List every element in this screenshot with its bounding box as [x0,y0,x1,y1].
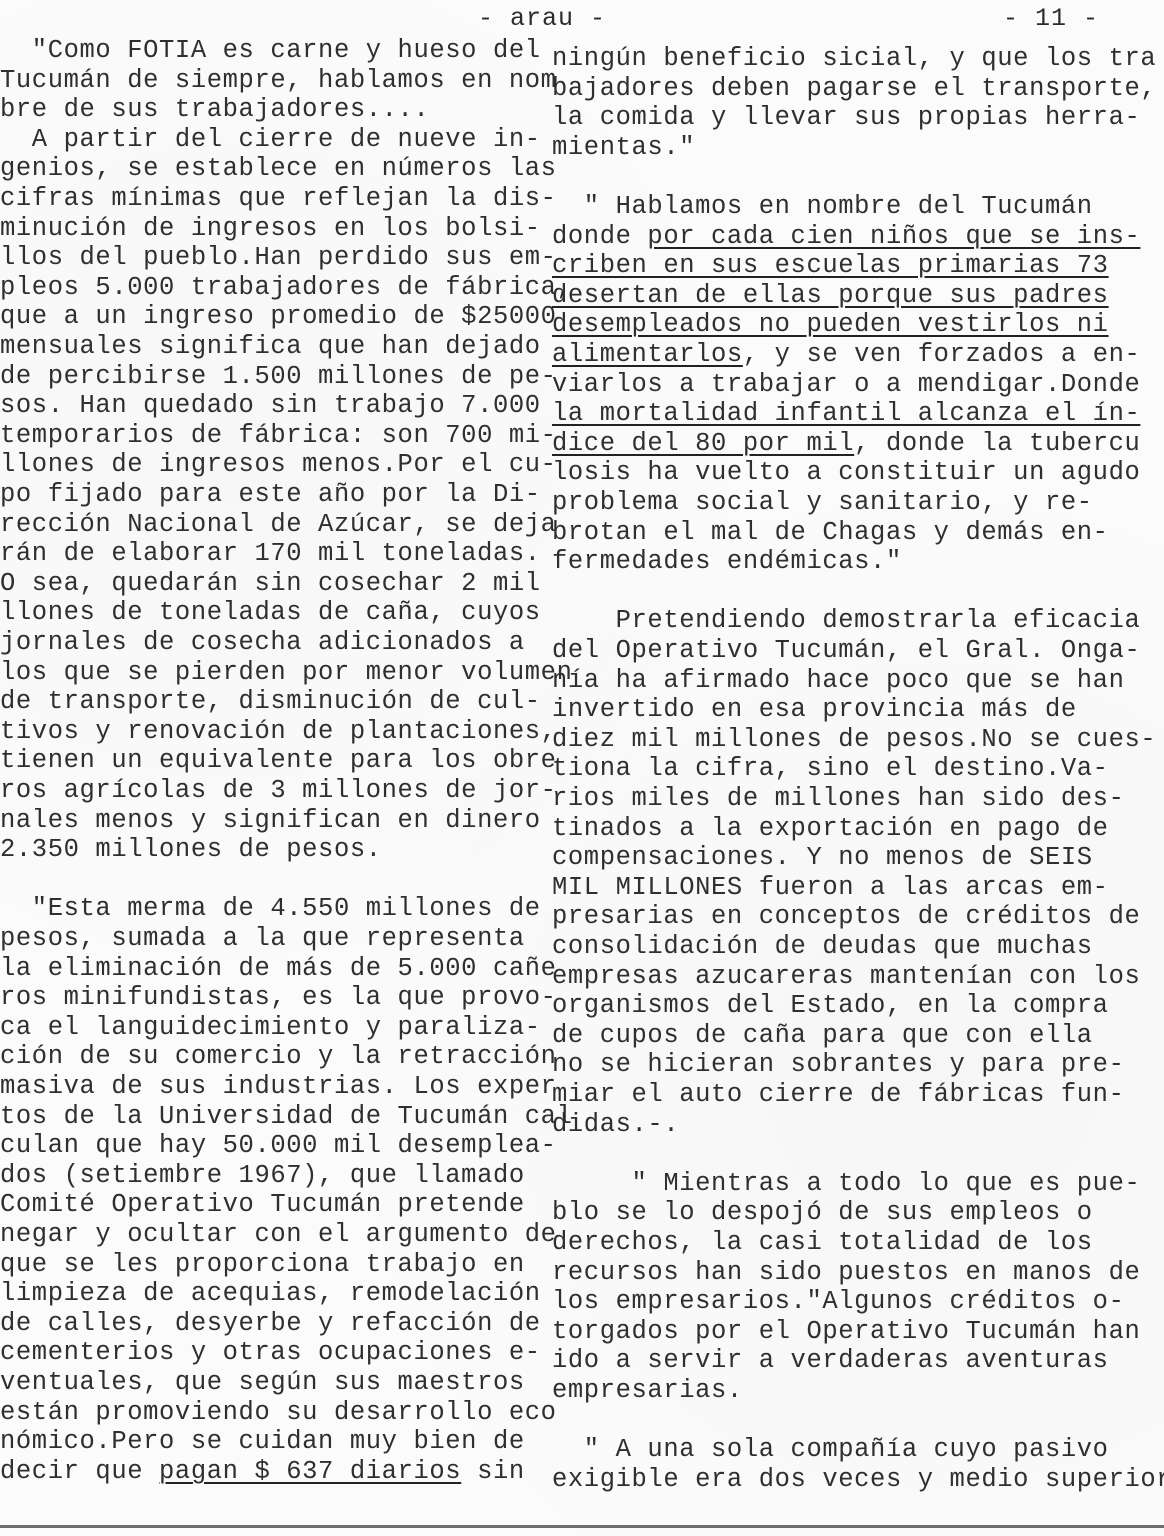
text-line: ningún beneficio sicial, y que los tra [552,44,1156,74]
text-line: dos (setiembre 1967), que llamado [0,1161,525,1191]
text-line: llones de ingresos menos.Por el cu- [0,450,557,480]
text-line: de percibirse 1.500 millones de pe- [0,362,557,392]
text-line: Pretendiendo demostrarla eficacia [552,606,1140,636]
text-line: ros agrícolas de 3 millones de jor- [0,776,557,806]
text-line: negar y ocultar con el argumento de [0,1220,557,1250]
text-line: " Mientras a todo lo que es pue- [552,1169,1140,1199]
text-line: ido a servir a verdaderas aventuras [552,1346,1109,1376]
text-line: Comité Operativo Tucumán pretende [0,1190,525,1220]
underlined-phrase: dice del 80 por mil [552,429,854,458]
text-line: de calles, desyerbe y refacción de [0,1309,541,1339]
text-line: tinados a la exportación en pago de [552,814,1109,844]
text-line: no se hicieran sobrantes y para pre- [552,1050,1125,1080]
text-line: cementerios y otras ocupaciones e- [0,1338,541,1368]
text-line: ca el languidecimiento y paraliza- [0,1013,541,1043]
page-number: - 11 - [1003,4,1099,33]
text-line: nía ha afirmado hace poco que se han [552,666,1125,696]
text-line: tienen un equivalente para los obre [0,746,557,776]
text-line: 2.350 millones de pesos. [0,835,382,865]
text-line: ros minifundistas, es la que provo- [0,983,557,1013]
text-line: nómico.Pero se cuidan muy bien de [0,1427,525,1457]
text-line: organismos del Estado, en la compra [552,991,1109,1021]
text-line: ventuales, que según sus maestros [0,1368,525,1398]
typewritten-page: - arau - - 11 - "Como FOTIA es carne y h… [0,0,1164,1536]
underlined-phrase: alimentarlos [552,340,743,369]
text-line: la mortalidad infantil alcanza el ín- [552,399,1140,429]
text-line: derechos, la casi totalidad de los [552,1228,1093,1258]
underlined-phrase: pagan $ 637 diarios [159,1457,461,1486]
text-line: O sea, quedarán sin cosechar 2 mil [0,569,541,599]
text-line: llones de toneladas de caña, cuyos [0,598,541,628]
text-line: mensuales significa que han dejado [0,332,541,362]
text-line: A partir del cierre de nueve in- [0,125,541,155]
text-line: bajadores deben pagarse el transporte, [552,74,1156,104]
text-line: po fijado para este año por la Di- [0,480,541,510]
text-line: pesos, sumada a la que representa [0,924,525,954]
text-line: ción de su comercio y la retracción [0,1042,557,1072]
text-line: Tucumán de siempre, hablamos en nom [0,66,557,96]
text-line: diez mil millones de pesos.No se cues- [552,725,1156,755]
text-line: consolidación de deudas que muchas [552,932,1093,962]
text-line: de cupos de caña para que con ella [552,1021,1093,1051]
text-line: "Como FOTIA es carne y hueso del [0,36,541,66]
underlined-phrase: criben en sus escuelas primarias 73 [552,251,1109,280]
text-line: jornales de cosecha adicionados a [0,628,525,658]
text-line: limpieza de acequias, remodelación [0,1279,541,1309]
underlined-phrase: desempleados no pueden vestirlos ni [552,310,1109,339]
text-line: culan que hay 50.000 mil desemplea- [0,1131,557,1161]
text-line: masiva de sus industrias. Los exper [0,1072,557,1102]
text-line: alimentarlos, y se ven forzados a en- [552,340,1140,370]
text-line: dice del 80 por mil, donde la tubercu [552,429,1140,459]
text-line: minución de ingresos en los bolsi- [0,214,541,244]
text-line: pleos 5.000 trabajadores de fábrica, [0,273,573,303]
text-line: recursos han sido puestos en manos de [552,1258,1140,1288]
text-line: invertido en esa provincia más de [552,695,1077,725]
text-line: que a un ingreso promedio de $25000 [0,302,557,332]
text-line: bre de sus trabajadores.... [0,95,429,125]
text-line: donde por cada cien niños que se ins- [552,222,1140,252]
text-line: " Hablamos en nombre del Tucumán [552,192,1093,222]
underlined-phrase: la mortalidad infantil alcanza el ín- [552,399,1140,428]
text-line: decir que pagan $ 637 diarios sin [0,1457,525,1487]
text-line: MIL MILLONES fueron a las arcas em- [552,873,1109,903]
text-line: torgados por el Operativo Tucumán han [552,1317,1140,1347]
text-line: los empresarios."Algunos créditos o- [552,1287,1125,1317]
text-line: fermedades endémicas." [552,547,902,577]
text-line: desertan de ellas porque sus padres [552,281,1109,311]
text-line: llos del pueblo.Han perdido sus em- [0,243,557,273]
text-line: empresarias. [552,1376,743,1406]
text-line: sos. Han quedado sin trabajo 7.000 [0,391,541,421]
text-line: exigible era dos veces y medio superior [552,1465,1164,1495]
text-line: problema social y sanitario, y re- [552,488,1093,518]
text-line: los que se pierden por menor volumen [0,658,573,688]
text-line: la eliminación de más de 5.000 cañe [0,954,557,984]
text-line: rección Nacional de Azúcar, se deja [0,510,557,540]
text-line: nales menos y significan en dinero [0,806,541,836]
publication-header: - arau - [478,4,606,33]
text-line: " A una sola compañía cuyo pasivo [552,1435,1109,1465]
text-line: temporarios de fábrica: son 700 mi- [0,421,557,451]
text-line: losis ha vuelto a constituir un agudo [552,458,1140,488]
text-line: empresas azucareras mantenían con los [552,962,1140,992]
text-line: tiona la cifra, sino el destino.Va- [552,754,1109,784]
underlined-phrase: por cada cien niños que se ins- [647,222,1140,251]
text-line: blo se lo despojó de sus empleos o [552,1198,1093,1228]
text-line: están promoviendo su desarrollo eco [0,1398,557,1428]
text-line: la comida y llevar sus propias herra- [552,103,1140,133]
text-line: presarias en conceptos de créditos de [552,902,1140,932]
text-line: cifras mínimas que reflejan la dis- [0,184,557,214]
text-line: de transporte, disminución de cul- [0,687,541,717]
text-line: brotan el mal de Chagas y demás en- [552,518,1109,548]
text-line: desempleados no pueden vestirlos ni [552,310,1109,340]
text-line: criben en sus escuelas primarias 73 [552,251,1109,281]
text-line: miar el auto cierre de fábricas fun- [552,1080,1125,1110]
text-line: rios miles de millones han sido des- [552,784,1125,814]
underlined-phrase: desertan de ellas porque sus padres [552,281,1109,310]
text-line: del Operativo Tucumán, el Gral. Onga- [552,636,1140,666]
page-bottom-edge [0,1525,1164,1528]
text-line: genios, se establece en números las [0,154,557,184]
text-line: didas.-. [552,1110,679,1140]
text-line: mientas." [552,133,695,163]
text-line: "Esta merma de 4.550 millones de [0,894,541,924]
text-line: tos de la Universidad de Tucumán cal [0,1102,573,1132]
text-line: rán de elaborar 170 mil toneladas. [0,539,541,569]
text-line: tivos y renovación de plantaciones, [0,717,557,747]
text-line: compensaciones. Y no menos de SEIS [552,843,1093,873]
text-line: que se les proporciona trabajo en [0,1250,525,1280]
text-line: viarlos a trabajar o a mendigar.Donde [552,370,1140,400]
